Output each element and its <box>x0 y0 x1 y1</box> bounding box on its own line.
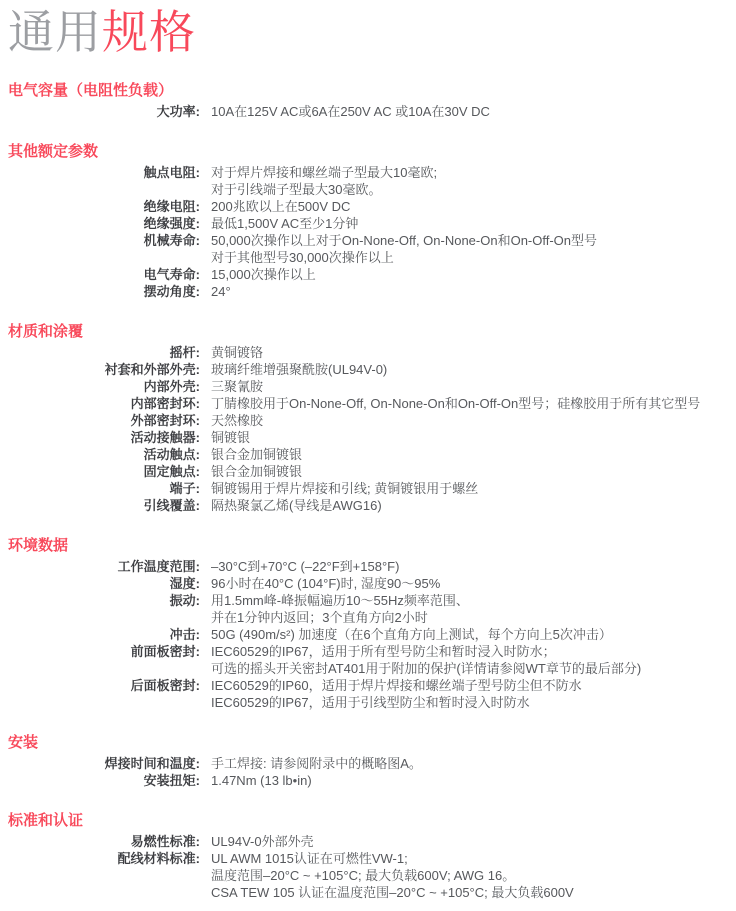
page-title-part-gray: 通用 <box>8 6 102 58</box>
spec-value-line: 10A在125V AC或6A在250V AC 或10A在30V DC <box>211 103 490 120</box>
spec-value-line: 15,000次操作以上 <box>211 266 316 283</box>
spec-row: 活动触点:银合金加铜镀银 <box>8 446 730 463</box>
spec-value: 丁腈橡胶用于On-None-Off, On-None-On和On-Off-On型… <box>211 395 700 412</box>
spec-row: 绝缘电阻:200兆欧以上在500V DC <box>8 198 730 215</box>
spec-label: 配线材料标准: <box>8 850 200 867</box>
spec-row: 湿度:96小时在40°C (104°F)时, 湿度90～95% <box>8 575 730 592</box>
spec-label: 后面板密封: <box>8 677 200 694</box>
spec-value-line: 200兆欧以上在500V DC <box>211 198 350 215</box>
spec-label: 引线覆盖: <box>8 497 200 514</box>
spec-value-line: 铜镀锡用于焊片焊接和引线; 黄铜镀银用于螺丝 <box>211 480 478 497</box>
spec-label: 振动: <box>8 592 200 609</box>
section-heading: 标准和认证 <box>8 812 730 830</box>
section-heading: 环境数据 <box>8 537 730 555</box>
spec-label: 内部密封环: <box>8 395 200 412</box>
spec-label: 活动触点: <box>8 446 200 463</box>
spec-row: 工作温度范围:–30°C到+70°C (–22°F到+158°F) <box>8 558 730 575</box>
spec-label: 触点电阻: <box>8 164 200 181</box>
spec-value: 黄铜镀铬 <box>211 344 263 361</box>
spec-value: IEC60529的IP67，适用于所有型号防尘和暂时浸入时防水；可选的摇头开关密… <box>211 643 641 677</box>
spec-value: IEC60529的IP60，适用于焊片焊接和螺丝端子型号防尘但不防水IEC605… <box>211 677 582 711</box>
spec-value-line: IEC60529的IP67，适用于引线型防尘和暂时浸入时防水 <box>211 694 582 711</box>
spec-label: 摇杆: <box>8 344 200 361</box>
spec-label: 前面板密封: <box>8 643 200 660</box>
spec-value: 最低1,500V AC至少1分钟 <box>211 215 358 232</box>
spec-value: 50G (490m/s²) 加速度（在6个直角方向上测试，每个方向上5次冲击） <box>211 626 612 643</box>
spec-value-line: 1.47Nm (13 lb•in) <box>211 772 312 789</box>
spec-value: 手工焊接: 请参阅附录中的概略图A。 <box>211 755 422 772</box>
spec-row: 后面板密封:IEC60529的IP60，适用于焊片焊接和螺丝端子型号防尘但不防水… <box>8 677 730 711</box>
spec-value: 银合金加铜镀银 <box>211 463 302 480</box>
spec-row: 外部密封环:天然橡胶 <box>8 412 730 429</box>
spec-value: UL AWM 1015认证在可燃性VW-1;温度范围–20°C ~ +105°C… <box>211 850 574 901</box>
spec-value: 1.47Nm (13 lb•in) <box>211 772 312 789</box>
spec-value: 24° <box>211 283 231 300</box>
spec-row: 触点电阻:对于焊片焊接和螺丝端子型最大10毫欧;对于引线端子型最大30毫欧。 <box>8 164 730 198</box>
section-heading: 其他额定参数 <box>8 143 730 161</box>
spec-value-line: 三聚氰胺 <box>211 378 263 395</box>
spec-label: 湿度: <box>8 575 200 592</box>
page-title-part-red: 规格 <box>102 6 196 58</box>
spec-value-line: 黄铜镀铬 <box>211 344 263 361</box>
spec-value-line: IEC60529的IP60，适用于焊片焊接和螺丝端子型号防尘但不防水 <box>211 677 582 694</box>
spec-value-line: 50G (490m/s²) 加速度（在6个直角方向上测试，每个方向上5次冲击） <box>211 626 612 643</box>
spec-row: 振动:用1.5mm峰-峰振幅遍历10～55Hz频率范围、并在1分钟内返回；3个直… <box>8 592 730 626</box>
spec-value: 三聚氰胺 <box>211 378 263 395</box>
spec-label: 电气寿命: <box>8 266 200 283</box>
spec-row: 电气寿命:15,000次操作以上 <box>8 266 730 283</box>
spec-value-line: UL94V-0外部外壳 <box>211 833 314 850</box>
spec-value: 15,000次操作以上 <box>211 266 316 283</box>
spec-value-line: CSA TEW 105 认证在温度范围–20°C ~ +105°C; 最大负载6… <box>211 884 574 901</box>
spec-row: 引线覆盖:隔热聚氯乙烯(导线是AWG16) <box>8 497 730 514</box>
spec-label: 机械寿命: <box>8 232 200 249</box>
spec-row: 易燃性标准:UL94V-0外部外壳 <box>8 833 730 850</box>
spec-value-line: 对于引线端子型最大30毫欧。 <box>211 181 437 198</box>
spec-value: 银合金加铜镀银 <box>211 446 302 463</box>
spec-value-line: 温度范围–20°C ~ +105°C; 最大负载600V; AWG 16。 <box>211 867 574 884</box>
spec-value: 96小时在40°C (104°F)时, 湿度90～95% <box>211 575 440 592</box>
spec-value-line: 铜镀银 <box>211 429 250 446</box>
spec-value-line: IEC60529的IP67，适用于所有型号防尘和暂时浸入时防水； <box>211 643 641 660</box>
spec-row: 机械寿命:50,000次操作以上对于On-None-Off, On-None-O… <box>8 232 730 266</box>
spec-value: –30°C到+70°C (–22°F到+158°F) <box>211 558 399 575</box>
spec-label: 易燃性标准: <box>8 833 200 850</box>
spec-section: 安装焊接时间和温度:手工焊接: 请参阅附录中的概略图A。安装扭矩:1.47Nm … <box>8 734 730 789</box>
spec-value-line: UL AWM 1015认证在可燃性VW-1; <box>211 850 574 867</box>
spec-row: 固定触点:银合金加铜镀银 <box>8 463 730 480</box>
spec-row: 大功率:10A在125V AC或6A在250V AC 或10A在30V DC <box>8 103 730 120</box>
spec-value-line: 手工焊接: 请参阅附录中的概略图A。 <box>211 755 422 772</box>
spec-value: 隔热聚氯乙烯(导线是AWG16) <box>211 497 382 514</box>
spec-section: 其他额定参数触点电阻:对于焊片焊接和螺丝端子型最大10毫欧;对于引线端子型最大3… <box>8 143 730 300</box>
spec-value: 铜镀锡用于焊片焊接和引线; 黄铜镀银用于螺丝 <box>211 480 478 497</box>
spec-label: 冲击: <box>8 626 200 643</box>
spec-row: 摆动角度:24° <box>8 283 730 300</box>
spec-row: 冲击:50G (490m/s²) 加速度（在6个直角方向上测试，每个方向上5次冲… <box>8 626 730 643</box>
spec-value: 10A在125V AC或6A在250V AC 或10A在30V DC <box>211 103 490 120</box>
spec-value-line: –30°C到+70°C (–22°F到+158°F) <box>211 558 399 575</box>
spec-section: 环境数据工作温度范围:–30°C到+70°C (–22°F到+158°F)湿度:… <box>8 537 730 711</box>
spec-label: 端子: <box>8 480 200 497</box>
spec-value: 对于焊片焊接和螺丝端子型最大10毫欧;对于引线端子型最大30毫欧。 <box>211 164 437 198</box>
spec-row: 内部密封环:丁腈橡胶用于On-None-Off, On-None-On和On-O… <box>8 395 730 412</box>
spec-label: 安装扭矩: <box>8 772 200 789</box>
spec-value: UL94V-0外部外壳 <box>211 833 314 850</box>
spec-label: 摆动角度: <box>8 283 200 300</box>
spec-value: 50,000次操作以上对于On-None-Off, On-None-On和On-… <box>211 232 597 266</box>
spec-value-line: 天然橡胶 <box>211 412 263 429</box>
section-heading: 电气容量（电阻性负载） <box>8 82 730 100</box>
section-heading: 安装 <box>8 734 730 752</box>
spec-value-line: 对于其他型号30,000次操作以上 <box>211 249 597 266</box>
spec-value-line: 玻璃纤维增强聚酰胺(UL94V-0) <box>211 361 387 378</box>
spec-section: 材质和涂覆摇杆:黄铜镀铬衬套和外部外壳:玻璃纤维增强聚酰胺(UL94V-0)内部… <box>8 323 730 514</box>
spec-row: 焊接时间和温度:手工焊接: 请参阅附录中的概略图A。 <box>8 755 730 772</box>
page-title: 通用规格 <box>8 6 730 58</box>
spec-value-line: 96小时在40°C (104°F)时, 湿度90～95% <box>211 575 440 592</box>
spec-label: 衬套和外部外壳: <box>8 361 200 378</box>
spec-value-line: 银合金加铜镀银 <box>211 446 302 463</box>
spec-row: 前面板密封:IEC60529的IP67，适用于所有型号防尘和暂时浸入时防水；可选… <box>8 643 730 677</box>
spec-value-line: 并在1分钟内返回；3个直角方向2小时 <box>211 609 469 626</box>
spec-value-line: 50,000次操作以上对于On-None-Off, On-None-On和On-… <box>211 232 597 249</box>
section-heading: 材质和涂覆 <box>8 323 730 341</box>
spec-row: 摇杆:黄铜镀铬 <box>8 344 730 361</box>
spec-label: 活动接触器: <box>8 429 200 446</box>
spec-label: 大功率: <box>8 103 200 120</box>
spec-value-line: 可选的摇头开关密封AT401用于附加的保护(详情请参阅WT章节的最后部分) <box>211 660 641 677</box>
spec-label: 绝缘电阻: <box>8 198 200 215</box>
spec-section: 标准和认证易燃性标准:UL94V-0外部外壳配线材料标准:UL AWM 1015… <box>8 812 730 901</box>
spec-label: 内部外壳: <box>8 378 200 395</box>
spec-value-line: 隔热聚氯乙烯(导线是AWG16) <box>211 497 382 514</box>
spec-value: 玻璃纤维增强聚酰胺(UL94V-0) <box>211 361 387 378</box>
spec-value-line: 用1.5mm峰-峰振幅遍历10～55Hz频率范围、 <box>211 592 469 609</box>
spec-row: 端子:铜镀锡用于焊片焊接和引线; 黄铜镀银用于螺丝 <box>8 480 730 497</box>
spec-value-line: 丁腈橡胶用于On-None-Off, On-None-On和On-Off-On型… <box>211 395 700 412</box>
spec-row: 绝缘强度:最低1,500V AC至少1分钟 <box>8 215 730 232</box>
spec-row: 配线材料标准:UL AWM 1015认证在可燃性VW-1;温度范围–20°C ~… <box>8 850 730 901</box>
spec-label: 固定触点: <box>8 463 200 480</box>
spec-label: 外部密封环: <box>8 412 200 429</box>
spec-value-line: 银合金加铜镀银 <box>211 463 302 480</box>
spec-label: 工作温度范围: <box>8 558 200 575</box>
spec-value: 铜镀银 <box>211 429 250 446</box>
spec-value: 用1.5mm峰-峰振幅遍历10～55Hz频率范围、并在1分钟内返回；3个直角方向… <box>211 592 469 626</box>
spec-label: 焊接时间和温度: <box>8 755 200 772</box>
spec-sections: 电气容量（电阻性负载）大功率:10A在125V AC或6A在250V AC 或1… <box>8 82 730 901</box>
spec-row: 安装扭矩:1.47Nm (13 lb•in) <box>8 772 730 789</box>
spec-row: 活动接触器:铜镀银 <box>8 429 730 446</box>
spec-value-line: 最低1,500V AC至少1分钟 <box>211 215 358 232</box>
spec-value: 天然橡胶 <box>211 412 263 429</box>
spec-value: 200兆欧以上在500V DC <box>211 198 350 215</box>
spec-label: 绝缘强度: <box>8 215 200 232</box>
spec-section: 电气容量（电阻性负载）大功率:10A在125V AC或6A在250V AC 或1… <box>8 82 730 120</box>
spec-value-line: 对于焊片焊接和螺丝端子型最大10毫欧; <box>211 164 437 181</box>
spec-row: 衬套和外部外壳:玻璃纤维增强聚酰胺(UL94V-0) <box>8 361 730 378</box>
spec-row: 内部外壳:三聚氰胺 <box>8 378 730 395</box>
spec-value-line: 24° <box>211 283 231 300</box>
